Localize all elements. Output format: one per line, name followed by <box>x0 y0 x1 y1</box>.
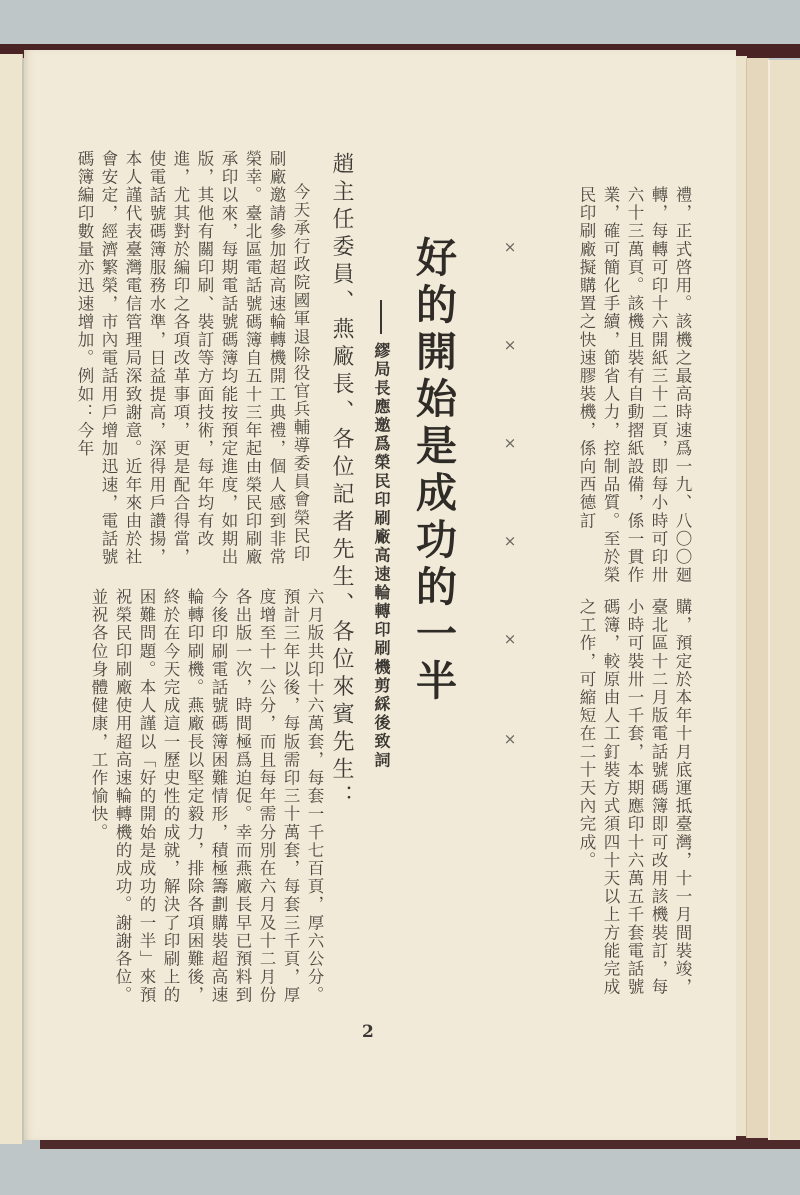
body-text-right-lower: 購，預定於本年十月底運抵臺灣，十一月間裝竣，臺北區十二月版電話號碼簿即可改用該機… <box>556 598 694 1004</box>
separator-x-icon: × <box>500 238 520 256</box>
body-text-left-upper: 今天承行政院國軍退除役官兵輔導委員會榮民印刷廠邀請參加超高速輪轉機開工典禮，個人… <box>72 150 312 568</box>
article-subtitle: 繆局長應邀爲榮民印刷廠高速輪轉印刷機剪綵後致詞 <box>370 300 393 770</box>
page-stack-edge <box>768 60 800 1140</box>
salutation: 趙主任委員、燕廠長、各位記者先生、各位來賓先生： <box>326 152 357 812</box>
article-title: 好的開始是成功的一半 <box>408 236 458 706</box>
separator-x-icon: × <box>500 336 520 354</box>
page-number: 2 <box>362 1022 374 1042</box>
previous-page-edge <box>0 54 23 1144</box>
separator-x-icon: × <box>500 434 520 452</box>
separator-x-icon: × <box>500 730 520 748</box>
separator-x-icon: × <box>500 532 520 550</box>
separator-x-icon: × <box>500 630 520 648</box>
body-text-right-upper: 禮，正式啓用。該機之最高時速爲一九、八〇〇廻轉，每轉可印十六開紙三十二頁，即每小… <box>540 186 694 602</box>
subtitle-text: 繆局長應邀爲榮民印刷廠高速輪轉印刷機剪綵後致詞 <box>372 342 391 770</box>
body-text-left-lower: 六月版共印十六萬套，每套一千七百頁，厚六公分。預計三年以後，每版需印三十萬套，每… <box>86 588 326 1008</box>
subtitle-dash <box>380 300 382 334</box>
page-stack-edge <box>746 58 769 1138</box>
